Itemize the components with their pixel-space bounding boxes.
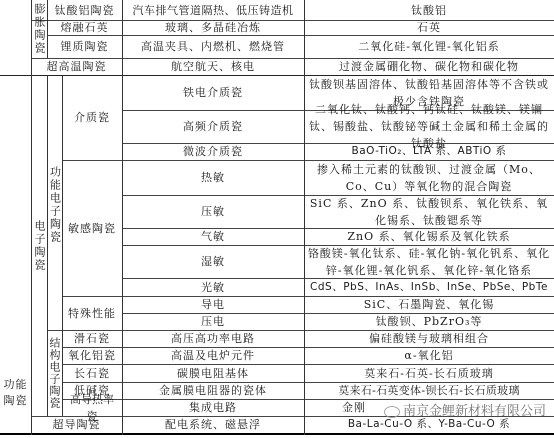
composition-text: α-氧化铝 xyxy=(404,347,453,364)
application-cell: 高温夹具、内燃机、燃烧管 xyxy=(122,35,304,58)
functional-electronic-ceramics-group: 功能电子陶瓷 xyxy=(47,160,62,250)
application-text: 高压高功率电路 xyxy=(171,330,255,347)
structural-electronic-ceramics-group: 结构电子陶瓷 xyxy=(47,330,62,416)
composition-cell: 偏硅酸镁与玻璃相组合 xyxy=(304,330,554,347)
composition-cell: SiC、石墨陶瓷、氧化锡 xyxy=(304,296,554,313)
type-name: 微波介质瓷 xyxy=(183,143,243,160)
application-cell: 汽车排气管道隔热、低压铸造机 xyxy=(122,0,304,20)
subcategory-label: 介质瓷 xyxy=(74,109,110,126)
material-cell: 氧化铝瓷 xyxy=(62,347,122,364)
composition-cell: α-氧化铝 xyxy=(304,347,554,364)
material-cell: 钛酸铝陶瓷 xyxy=(47,0,122,20)
composition-text: 二氧化硅-氧化锂-氧化铝系 xyxy=(358,38,499,55)
electronic-ceramics-group: 电子陶瓷 xyxy=(31,75,47,416)
composition-text: 莫来石-石英变体-钡长石-长石质玻璃 xyxy=(338,382,520,399)
application-cell: 金属膜电阻器的瓷体 xyxy=(122,382,304,399)
composition-text: 偏硅酸镁与玻璃相组合 xyxy=(369,330,489,347)
composition-cell: 掺入稀土元素的钛酸钡、过渡金属（Mo、Co、Cu）等氧化物的混合陶瓷 xyxy=(304,160,554,195)
application-text: 配电系统、磁悬浮 xyxy=(165,416,261,433)
composition-cell: 莫来石-石英-长石质玻璃 xyxy=(304,364,554,382)
application-cell: 玻璃、多晶硅冶炼 xyxy=(122,20,304,35)
category-functional-ceramics: 功能陶瓷 xyxy=(0,370,31,416)
subcategory-dielectric: 介质瓷 xyxy=(62,75,122,160)
application-cell: 集成电路 xyxy=(122,399,304,416)
material-cell: 锂质陶瓷 xyxy=(47,35,122,58)
expansion-ceramics-group: 膨胀陶瓷 xyxy=(31,0,47,58)
type-cell: 压电 xyxy=(122,313,304,330)
composition-cell: 二氧化钛、钛酸钙、钙钛硅、钛酸镁、镁镧钛、锡酸盐、钛酸铋等碱土金属和稀土金属的钛… xyxy=(304,110,554,143)
type-cell: 铁电介质瓷 xyxy=(122,75,304,110)
material-cell: 滑石瓷 xyxy=(62,330,122,347)
watermark: 南京金鲤新材料有限公司 xyxy=(384,400,546,419)
composition-text: 掺入稀土元素的钛酸钡、过渡金属（Mo、Co、Cu）等氧化物的混合陶瓷 xyxy=(307,161,551,195)
application-cell: 配电系统、磁悬浮 xyxy=(122,416,304,433)
composition-text: SiC 系、ZnO 系、钛酸钡系、氧化铁系、氧化锡系、钛酸锶系等 xyxy=(307,195,551,229)
material-name: 滑石瓷 xyxy=(74,330,110,347)
application-text: 金属膜电阻器的瓷体 xyxy=(159,382,267,399)
composition-text: 莫来石-石英-长石质玻璃 xyxy=(364,365,493,382)
composition-cell: 二氧化硅-氧化锂-氧化铝系 xyxy=(304,35,554,58)
material-name: 熔融石英 xyxy=(61,19,109,36)
type-name: 光敏 xyxy=(201,279,225,296)
subcategory-special: 特殊性能 xyxy=(62,296,122,330)
composition-cell: 莫来石-石英变体-钡长石-长石质玻璃 xyxy=(304,382,554,399)
group-label: 电子陶瓷 xyxy=(32,220,46,272)
composition-cell: 过渡金属硼化物、碳化物和碳化物 xyxy=(304,58,554,75)
wechat-logo-icon xyxy=(384,406,400,418)
application-text: 玻璃、多晶硅冶炼 xyxy=(165,19,261,36)
type-cell: 热敏 xyxy=(122,160,304,195)
material-name: 氧化铝瓷 xyxy=(68,347,116,364)
composition-cell: CdS、PbS、InAs、InSb、InSe、PbSe、PbTe xyxy=(304,278,554,296)
watermark-text: 南京金鲤新材料有限公司 xyxy=(403,404,546,419)
subcategory-label: 敏感陶瓷 xyxy=(68,220,116,237)
subcategory-sensitive: 敏感陶瓷 xyxy=(62,160,122,296)
material-cell: 超导陶瓷 xyxy=(31,416,122,433)
type-name: 湿敏 xyxy=(201,253,225,270)
type-cell: 湿敏 xyxy=(122,245,304,278)
type-name: 导电 xyxy=(201,296,225,313)
composition-cell: BaO-TiO₂、LTA 系、ABTiO 系 xyxy=(304,143,554,160)
composition-text: ZnO 系、氧化锡系及氧化铁系 xyxy=(347,228,510,245)
type-cell: 光敏 xyxy=(122,278,304,296)
application-cell: 航空航天、核电 xyxy=(122,58,304,75)
application-text: 高温夹具、内燃机、燃烧管 xyxy=(141,38,285,55)
material-cell: 长石瓷 xyxy=(62,364,122,382)
type-name: 压电 xyxy=(201,313,225,330)
type-name: 热敏 xyxy=(201,169,225,186)
composition-text: 钛酸钡、PbZrO₃等 xyxy=(376,313,483,330)
material-cell: 熔融石英 xyxy=(47,20,122,35)
type-cell: 微波介质瓷 xyxy=(122,143,304,160)
composition-cell: 石英 xyxy=(304,20,554,35)
category-label: 功能陶瓷 xyxy=(2,377,29,409)
group-label: 功能电子陶瓷 xyxy=(48,166,62,244)
type-cell: 气敏 xyxy=(122,228,304,245)
type-cell: 压敏 xyxy=(122,195,304,228)
type-name: 气敏 xyxy=(201,228,225,245)
application-cell: 高温及电炉元件 xyxy=(122,347,304,364)
composition-cell: 铬酸镁-氧化钛系、硅-氧化钠-氧化钒系、氧化锌-氧化锂-氧化钒系、氧化锌-氧化铬… xyxy=(304,245,554,278)
type-cell: 导电 xyxy=(122,296,304,313)
group-label: 膨胀陶瓷 xyxy=(32,3,46,55)
type-name: 压敏 xyxy=(201,203,225,220)
composition-text: 石英 xyxy=(417,19,441,36)
type-cell: 高频介质瓷 xyxy=(122,110,304,143)
composition-text: 金刚 xyxy=(342,399,366,416)
type-name: 高频介质瓷 xyxy=(183,118,243,135)
application-text: 航空航天、核电 xyxy=(171,58,255,75)
subcategory-label: 特殊性能 xyxy=(68,305,116,322)
type-name: 铁电介质瓷 xyxy=(183,84,243,101)
composition-cell: SiC 系、ZnO 系、钛酸钡系、氧化铁系、氧化锡系、钛酸锶系等 xyxy=(304,195,554,228)
material-cell: 高导热率瓷 xyxy=(62,399,122,416)
composition-text: 铬酸镁-氧化钛系、硅-氧化钠-氧化钒系、氧化锌-氧化锂-氧化钒系、氧化锌-氧化铬… xyxy=(307,245,551,279)
application-text: 碳膜电阻基体 xyxy=(177,365,249,382)
material-name: 钛酸铝陶瓷 xyxy=(55,2,115,19)
material-name: 锂质陶瓷 xyxy=(61,38,109,55)
application-text: 高温及电炉元件 xyxy=(171,347,255,364)
application-text: 集成电路 xyxy=(189,399,237,416)
table-bottom-border xyxy=(0,433,554,435)
composition-cell: ZnO 系、氧化锡系及氧化铁系 xyxy=(304,228,554,245)
composition-text: SiC、石墨陶瓷、氧化锡 xyxy=(364,296,494,313)
composition-cell: 钛酸铝 xyxy=(304,0,554,20)
application-text: 汽车排气管道隔热、低压铸造机 xyxy=(133,2,294,19)
group-label: 结构电子陶瓷 xyxy=(48,337,61,409)
application-cell: 高压高功率电路 xyxy=(122,330,304,347)
composition-text: CdS、PbS、InAs、InSb、InSe、PbSe、PbTe xyxy=(310,279,548,296)
composition-cell: 钛酸钡、PbZrO₃等 xyxy=(304,313,554,330)
application-cell: 碳膜电阻基体 xyxy=(122,364,304,382)
material-name: 超高温陶瓷 xyxy=(47,58,107,75)
material-name: 超导陶瓷 xyxy=(53,416,101,433)
composition-text: BaO-TiO₂、LTA 系、ABTiO 系 xyxy=(351,143,506,160)
material-cell: 超高温陶瓷 xyxy=(31,58,122,75)
composition-text: 钛酸铝 xyxy=(411,2,447,19)
composition-text: 过渡金属硼化物、碳化物和碳化物 xyxy=(339,58,519,75)
material-name: 长石瓷 xyxy=(74,365,110,382)
